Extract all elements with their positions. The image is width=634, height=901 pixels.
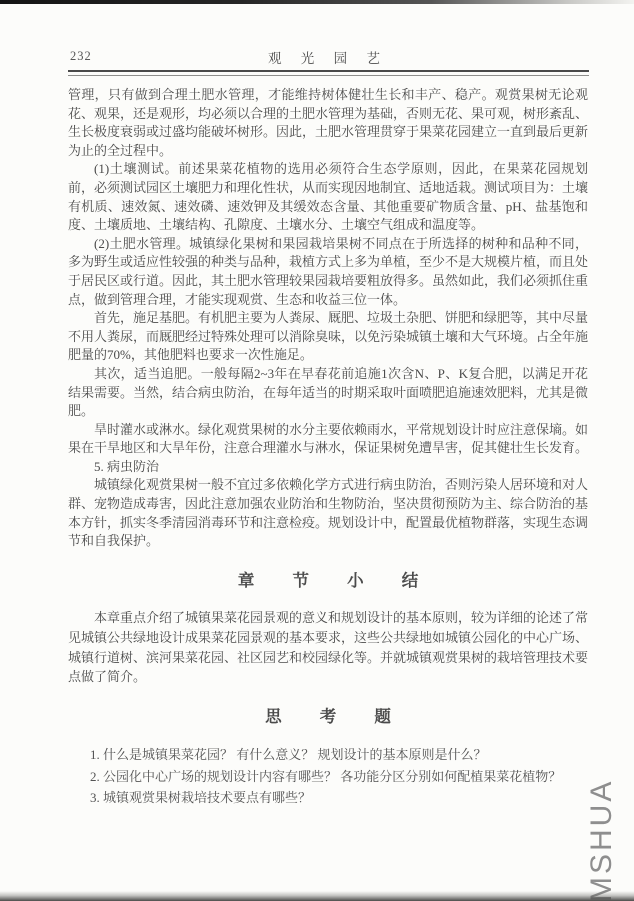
running-title: 观 光 园 艺 <box>68 47 588 67</box>
review-question-2: 2. 公园化中心广场的规划设计内容有哪些？ 各功能分区分别如何配植果菜花植物？ <box>90 766 588 788</box>
text-column: 管理，只有做到合理土肥水管理，才能维持树体健壮生长和丰产、稳产。观赏果树无论观花… <box>68 86 588 809</box>
paragraph-chapter-summary: 本章重点介绍了城镇果菜花园景观的意义和规划设计的基本原则，较为详细的论述了常见城… <box>68 608 588 686</box>
paragraph-fertilizer-water-management: (2)土肥水管理。城镇绿化果树和果园栽培果树不同点在于所选择的树种和品种不同，多… <box>68 235 588 309</box>
watermark-text: MSHUA <box>585 762 625 901</box>
page-header: 232 观 光 园 艺 <box>68 47 588 65</box>
section-heading-chapter-summary: 章 节 小 结 <box>68 572 588 591</box>
paragraph-topdressing: 其次，适当追肥。一般每隔2~3年在早春花前追施1次含N、P、K复合肥，以满足开花… <box>68 365 588 421</box>
paragraph-pest-control: 城镇绿化观赏果树一般不宜过多依赖化学方式进行病虫防治，否则污染人居环境和对人群、… <box>68 476 588 550</box>
paragraph-base-fertilizer: 首先，施足基肥。有机肥主要为人粪尿、厩肥、垃圾土杂肥、饼肥和绿肥等，其中尽量不用… <box>68 309 588 365</box>
section-heading-review-questions: 思 考 题 <box>68 708 588 727</box>
review-questions-list: 1. 什么是城镇果菜花园？ 有什么意义？ 规划设计的基本原则是什么？ 2. 公园… <box>68 744 588 809</box>
scan-edge-top <box>0 0 634 4</box>
subheading-pest-control: 5. 病虫防治 <box>68 458 588 477</box>
review-question-3: 3. 城镇观赏果树栽培技术要点有哪些？ <box>90 787 588 809</box>
paragraph-soil-water-intro: 管理，只有做到合理土肥水管理，才能维持树体健壮生长和丰产、稳产。观赏果树无论观花… <box>68 86 588 160</box>
book-page: 232 观 光 园 艺 管理，只有做到合理土肥水管理，才能维持树体健壮生长和丰产… <box>0 0 634 901</box>
header-rule <box>68 70 589 76</box>
paragraph-soil-testing: (1)土壤测试。前述果菜花植物的选用必须符合生态学原则，因此，在果菜花园规划前，… <box>68 160 588 234</box>
scan-edge-bottom <box>0 891 634 901</box>
review-question-1: 1. 什么是城镇果菜花园？ 有什么意义？ 规划设计的基本原则是什么？ <box>90 744 588 766</box>
paragraph-irrigation: 旱时灌水或淋水。绿化观赏果树的水分主要依赖雨水，平常规划设计时应注意保墒。如果在… <box>68 421 588 458</box>
